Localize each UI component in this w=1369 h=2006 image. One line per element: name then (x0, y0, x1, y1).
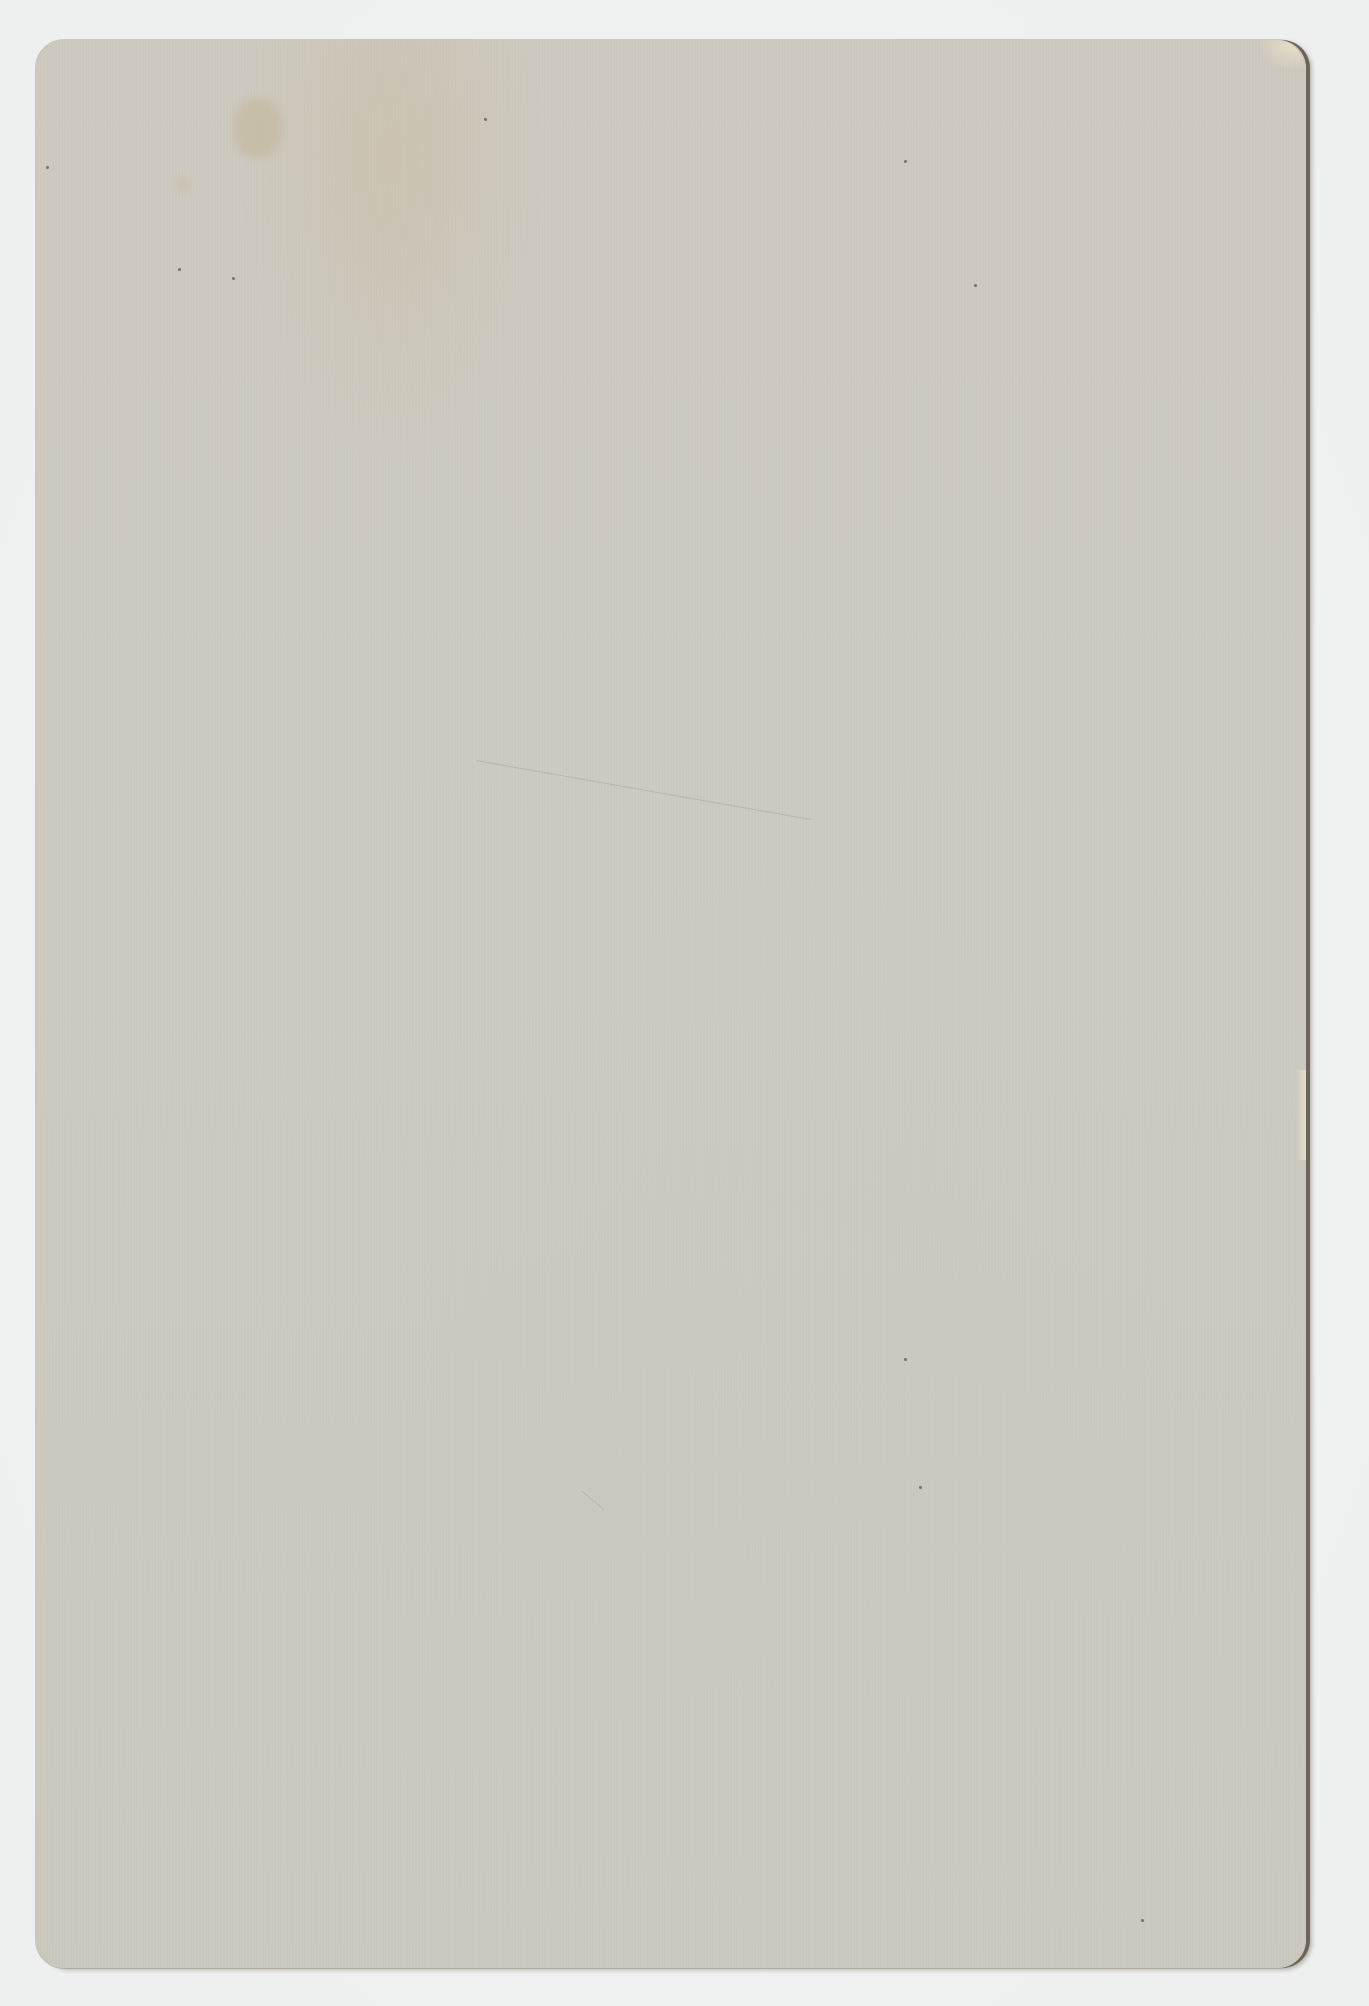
speck (904, 160, 907, 163)
faint-crease (581, 1490, 605, 1510)
speck (178, 268, 181, 271)
speck (904, 1358, 907, 1361)
blank-card (36, 40, 1306, 1968)
speck (919, 1486, 922, 1489)
speck (1141, 1919, 1144, 1922)
faint-crease (476, 760, 811, 820)
speck (484, 118, 487, 121)
edge-wear (1296, 1070, 1306, 1160)
stain (232, 98, 282, 158)
speck (232, 277, 235, 280)
speck (46, 166, 49, 169)
stain (176, 180, 190, 190)
speck (974, 284, 977, 287)
